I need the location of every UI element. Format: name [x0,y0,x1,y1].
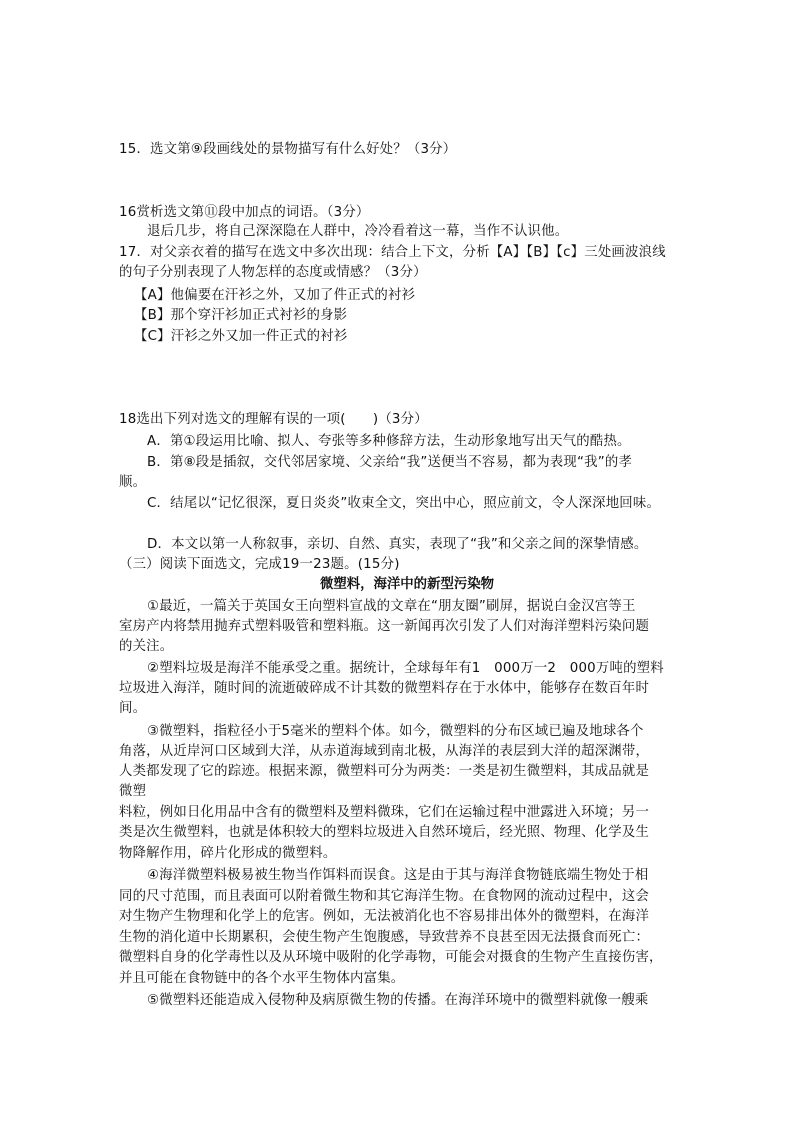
question-17-line1: 17．对父亲衣着的描写在选文中多次出现：结合上下文，分析【A】【B】【c】三处画… [119,243,666,262]
paragraph-1-line: 室房产内将禁用抛弃式塑料吸管和塑料瓶。这一新闻再次引发了人们对海洋塑料污染问题 [119,617,649,636]
paragraph-4-line: 生物的消化道中长期累积，会使生物产生饱腹感，导致营养不良甚至因无法摄食而死亡： [119,928,649,947]
paragraph-2: ②塑料垃圾是海洋不能承受之重。据统计，全球每年有1 000万一2 000万吨的塑… [147,659,664,678]
paragraph-5: ⑤微塑料还能造成入侵物种及病原微生物的传播。在海洋环境中的微塑料就像一艘乘 [147,991,648,1010]
question-18-option-b: B．第⑧段是插叙，交代邻居家境、父亲给“我”送便当不容易，都为表现“我”的孝 [147,453,632,472]
question-18-option-a: A．第①段运用比喻、拟人、夸张等多种修辞方法，生动形象地写出天气的酷热。 [147,432,631,451]
paragraph-3: ③微塑料，指粒径小于5毫米的塑料个体。如今，微塑料的分布区域已遍及地球各个 [147,722,644,741]
paragraph-1-line: 的关注。 [119,637,173,656]
paragraph-2-line: 垃圾进入海洋，随时间的流逝破碎成不计其数的微塑料存在于水体中，能够存在数百年时 [119,679,649,698]
paragraph-3-line: 人类都发现了它的踪迹。根据来源，微塑料可分为两类：一类是初生微塑料，其成品就是 [119,762,649,781]
paragraph-3-line: 类是次生微塑料，也就是体积较大的塑料垃圾进入自然环境后，经光照、物理、化学及生 [119,823,649,842]
question-18-option-b-cont: 顺。 [119,473,146,492]
question-15: 15．选文第⑨段画线处的景物描写有什么好处？（3分） [119,140,456,159]
paragraph-4-line: 并且可能在食物链中的各个水平生物体内富集。 [119,969,404,988]
paragraph-4: ④海洋微塑料极易被生物当作饵料而误食。这是由于其与海洋食物链底端生物处于相 [147,866,648,885]
paragraph-3-line: 微塑 [119,782,146,801]
paragraph-4-line: 同的尺寸范围，而且表面可以附着微生物和其它海洋生物。在食物网的流动过程中，这会 [119,887,649,906]
question-18: 18选出下列对选文的理解有误的一项( )（3分） [119,410,428,429]
paragraph-3-line: 角落，从近岸河口区域到大洋，从赤道海域到南北极，从海洋的表层到大洋的超深渊带， [119,742,649,761]
question-16-quote: 退后几步，将自己深深隐在人群中，冷冷看着这一幕，当作不认识他。 [147,222,568,241]
paragraph-4-line: 对生物产生物理和化学上的危害。例如，无法被消化也不容易排出体外的微塑料，在海洋 [119,907,649,926]
section-3-heading: （三）阅读下面选文，完成19一23题。(15分) [119,555,400,574]
question-17-item-a: 【A】他偏要在汗衫之外，又加了件正式的衬衫 [134,286,415,305]
paragraph-4-line: 微塑料自身的化学毒性以及从环境中吸附的化学毒物，可能会对摄食的生物产生直接伤害， [119,948,663,967]
paragraph-2-line: 间。 [119,699,146,718]
question-17-item-c: 【C】汗衫之外又加一件正式的衬衫 [134,327,347,346]
paragraph-3-line: 物降解作用，碎片化形成的微塑料。 [119,844,336,863]
question-17-line2: 的句子分别表现了人物怎样的态度或情感？（3分） [119,263,427,282]
paragraph-3-line: 料粒，例如日化用品中含有的微塑料及塑料微珠，它们在运输过程中泄露进入环境；另一 [119,803,649,822]
question-16: 16赏析选文第⑪段中加点的词语。（3分） [119,203,370,222]
question-17-item-b: 【B】那个穿汗衫加正式衬衫的身影 [134,306,347,325]
question-18-option-d: D．本文以第一人称叙事，亲切、自然、真实，表现了“我”和父亲之间的深挚情感。 [147,535,647,554]
paragraph-1: ①最近，一篇关于英国女王向塑料宣战的文章在“朋友圈”刷屏，据说白金汉宫等王 [147,597,636,616]
article-title: 微塑料，海洋中的新型污染物 [0,575,794,594]
question-18-option-c: C．结尾以“记忆很深，夏日炎炎”收束全文，突出中心，照应前文，令人深深地回味。 [147,494,660,513]
